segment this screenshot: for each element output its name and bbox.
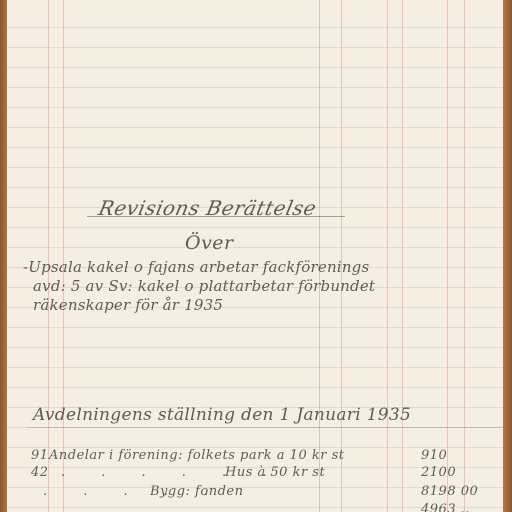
row-amount: 4963 .. xyxy=(421,502,470,512)
row-amount: 8198 00 xyxy=(421,484,478,499)
column-rule xyxy=(447,0,448,512)
row-qty: 91 xyxy=(31,448,49,463)
title-underline xyxy=(87,216,345,217)
column-rule xyxy=(319,0,320,512)
section-underline xyxy=(27,427,502,428)
document-subtitle: Över xyxy=(185,232,234,254)
column-rule xyxy=(464,0,465,512)
intro-line: avd: 5 av Sv: kakel o plattarbetar förbu… xyxy=(33,277,375,295)
margin-rule xyxy=(48,0,49,512)
corkboard-right-edge xyxy=(503,0,512,512)
row-description: Andelar i förening: folkets park a 10 kr… xyxy=(49,448,344,463)
column-rule xyxy=(387,0,388,512)
margin-rule xyxy=(63,0,64,512)
intro-line: räkenskaper för år 1935 xyxy=(33,296,223,314)
section-heading: Avdelningens ställning den 1 Januari 193… xyxy=(33,405,411,425)
column-rule xyxy=(341,0,342,512)
row-description: Hus à 50 kr st xyxy=(225,465,325,480)
row-amount: 910 xyxy=(421,448,447,463)
ledger-sheet: Revisions Berättelse Över -Upsala kakel … xyxy=(7,0,503,512)
column-rule xyxy=(402,0,403,512)
row-amount: 2100 xyxy=(421,465,456,480)
intro-line: -Upsala kakel o fajans arbetar fackfören… xyxy=(23,258,369,276)
row-description: Bygg: fonden xyxy=(150,484,243,499)
row-qty: 42 xyxy=(31,465,49,480)
